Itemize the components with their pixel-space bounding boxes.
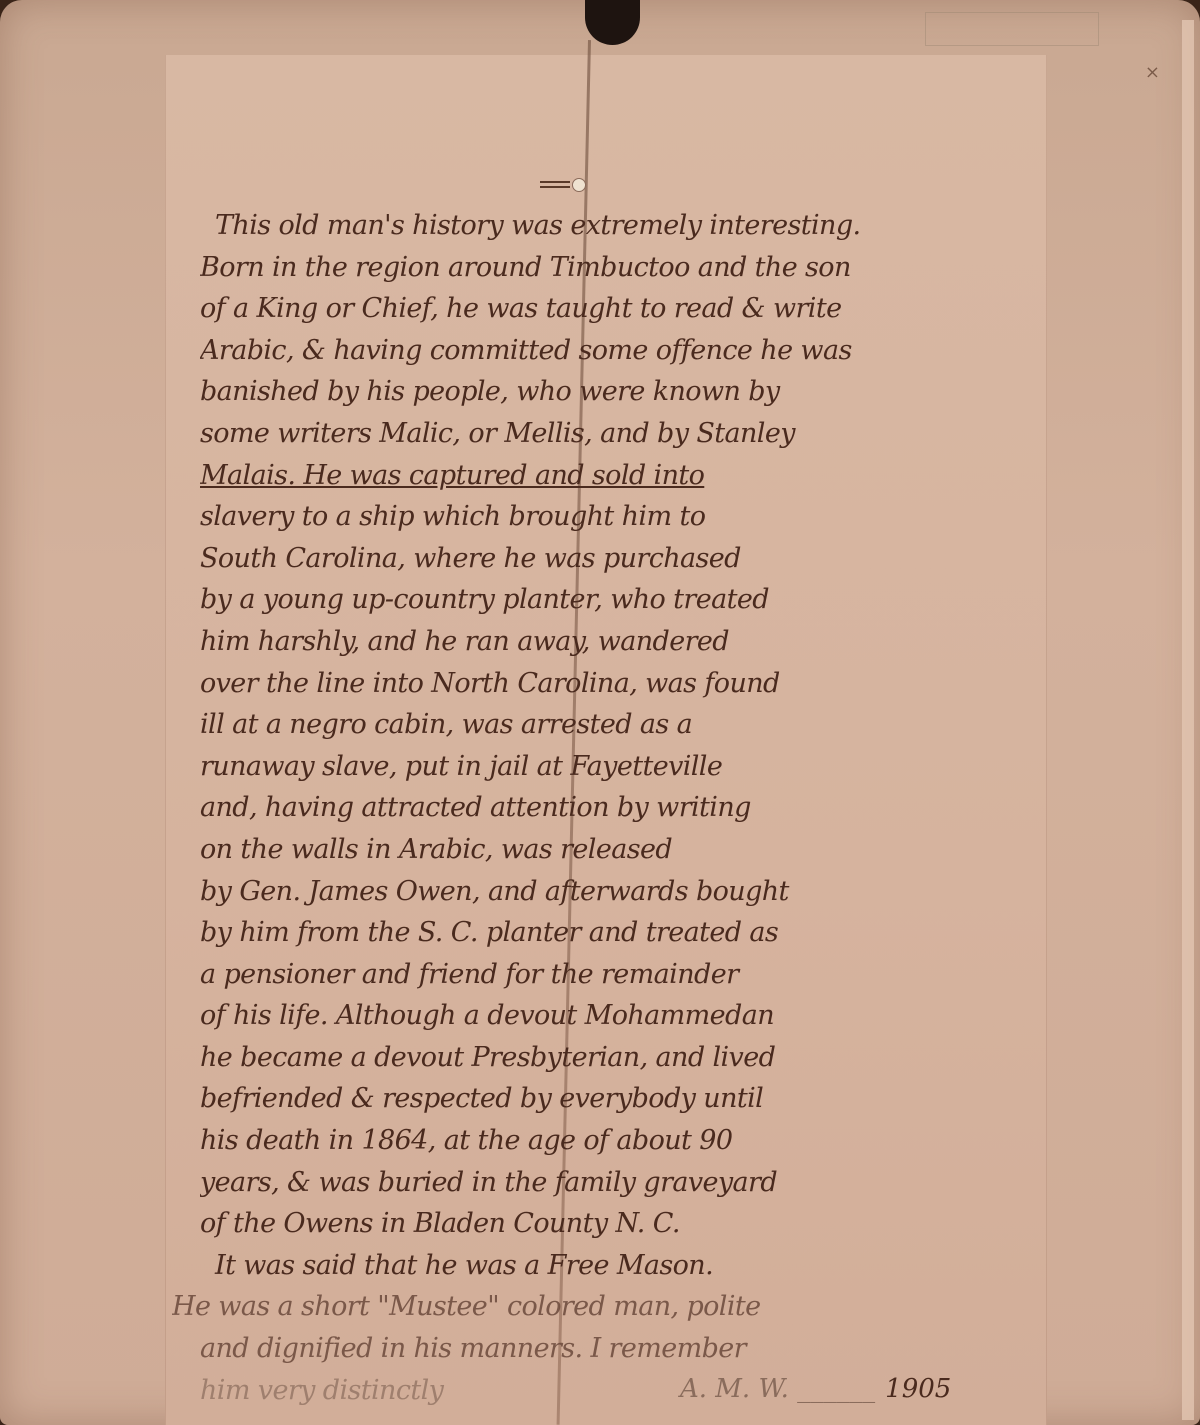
text-line: by a young up-country planter, who treat… <box>200 579 1020 621</box>
pin-icon <box>540 178 600 190</box>
text-line: over the line into North Carolina, was f… <box>200 663 1020 705</box>
text-line: and dignified in his manners. I remember <box>200 1328 1020 1370</box>
text-line: him harshly, and he ran away, wandered <box>200 621 1020 663</box>
torn-notch <box>585 0 640 45</box>
text-line: a pensioner and friend for the remainder <box>200 954 1020 996</box>
text-line: He was a short "Mustee" colored man, pol… <box>172 1286 1020 1328</box>
text-line: of a King or Chief, he was taught to rea… <box>200 288 1020 330</box>
text-line: years, & was buried in the family gravey… <box>200 1162 1020 1204</box>
text-line: South Carolina, where he was purchased <box>200 538 1020 580</box>
faded-stamp <box>925 12 1099 46</box>
text-line: It was said that he was a Free Mason. <box>200 1245 1020 1287</box>
signature-name: A. M. W. ______ <box>680 1374 875 1404</box>
text-line: befriended & respected by everybody unti… <box>200 1078 1020 1120</box>
text-line: by him from the S. C. planter and treate… <box>200 912 1020 954</box>
text-line: runaway slave, put in jail at Fayettevil… <box>200 746 1020 788</box>
document-card: × This old man's history was extremely i… <box>0 0 1200 1425</box>
corner-mark-icon: × <box>1145 62 1160 83</box>
text-line: and, having attracted attention by writi… <box>200 787 1020 829</box>
text-line: by Gen. James Owen, and afterwards bough… <box>200 871 1020 913</box>
text-line: he became a devout Presbyterian, and liv… <box>200 1037 1020 1079</box>
text-line: of his life. Although a devout Mohammeda… <box>200 995 1020 1037</box>
card-edge <box>1182 20 1194 1420</box>
text-line: banished by his people, who were known b… <box>200 371 1020 413</box>
signature: A. M. W. ______1905 <box>680 1374 951 1404</box>
text-line: ill at a negro cabin, was arrested as a <box>200 704 1020 746</box>
handwritten-text: This old man's history was extremely int… <box>200 205 1020 1411</box>
text-line: his death in 1864, at the age of about 9… <box>200 1120 1020 1162</box>
text-line: of the Owens in Bladen County N. C. <box>200 1203 1020 1245</box>
text-line: Born in the region around Timbuctoo and … <box>200 247 1020 289</box>
text-line: some writers Malic, or Mellis, and by St… <box>200 413 1020 455</box>
text-line: Malais. He was captured and sold into <box>200 455 1020 497</box>
text-line: This old man's history was extremely int… <box>200 205 1020 247</box>
text-line: Arabic, & having committed some offence … <box>200 330 1020 372</box>
signature-year: 1905 <box>885 1374 951 1404</box>
text-line: slavery to a ship which brought him to <box>200 496 1020 538</box>
text-line: on the walls in Arabic, was released <box>200 829 1020 871</box>
